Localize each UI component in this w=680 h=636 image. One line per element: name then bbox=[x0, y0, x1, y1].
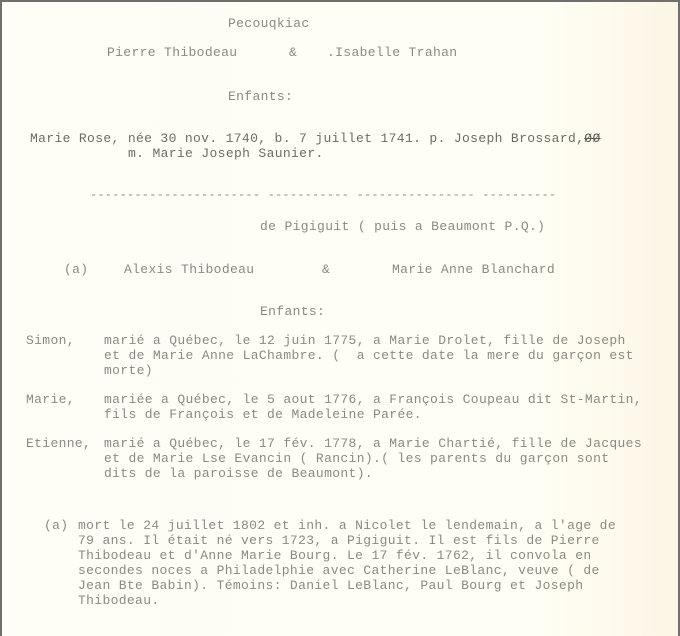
child-entry-line: marié a Québec, le 12 juin 1775, a Marie… bbox=[104, 333, 626, 348]
struck-text: ØØ bbox=[584, 131, 600, 146]
first-family-children-heading: Enfants: bbox=[228, 89, 293, 104]
child-name-simon: Simon, bbox=[26, 333, 75, 348]
child-entry-marie-rose-line2: m. Marie Joseph Saunier. bbox=[128, 146, 324, 161]
footnote-line: secondes noces a Philadelphie avec Cathe… bbox=[78, 563, 600, 578]
first-family-ampersand: & bbox=[289, 45, 297, 60]
child-entry-line: fils de François et de Madeleine Parée. bbox=[104, 407, 422, 422]
typewritten-page: Pecouqkiac Pierre Thibodeau & .Isabelle … bbox=[2, 2, 678, 636]
child-entry-line: et de Marie Lse Evancin ( Rancin).( les … bbox=[104, 451, 609, 466]
section-separator: ----------------------- ----------- ----… bbox=[90, 188, 556, 202]
child-name-marie: Marie, bbox=[26, 392, 75, 407]
child-name-etienne: Etienne, bbox=[26, 436, 91, 451]
footnote-line: Thibodeau et d'Anne Marie Bourg. Le 17 f… bbox=[78, 548, 592, 563]
first-family-wife: .Isabelle Trahan bbox=[327, 45, 457, 60]
second-family-place: de Pigiguit ( puis a Beaumont P.Q.) bbox=[260, 219, 545, 234]
second-family-wife: Marie Anne Blanchard bbox=[392, 262, 555, 277]
child-entry-line: marié a Québec, le 17 fév. 1778, a Marie… bbox=[104, 436, 642, 451]
footnote-marker: (a) bbox=[44, 518, 68, 533]
child-entry-line: et de Marie Anne LaChambre. ( a cette da… bbox=[104, 348, 634, 363]
child-entry-line: dits de la paroisse de Beaumont). bbox=[104, 466, 373, 481]
child-entry-line: morte) bbox=[104, 363, 153, 378]
child-entry-line: mariée a Québec, le 5 aout 1776, a Franç… bbox=[104, 392, 642, 407]
footnote-line: mort le 24 juillet 1802 et inh. a Nicole… bbox=[78, 518, 616, 533]
footnote-line: Jean Bte Babin). Témoins: Daniel LeBlanc… bbox=[78, 578, 583, 593]
first-family-husband: Pierre Thibodeau bbox=[107, 45, 237, 60]
second-family-ampersand: & bbox=[322, 262, 330, 277]
second-family-husband: Alexis Thibodeau bbox=[124, 262, 254, 277]
child-entry-marie-rose: Marie Rose, née 30 nov. 1740, b. 7 juill… bbox=[30, 131, 601, 146]
note-marker: (a) bbox=[64, 262, 88, 277]
child-entry-line: Marie Rose, née 30 nov. 1740, b. 7 juill… bbox=[30, 131, 584, 146]
first-family-place: Pecouqkiac bbox=[228, 16, 310, 31]
footnote-line: Thibodeau. bbox=[78, 593, 160, 608]
footnote-line: 79 ans. Il était né vers 1723, a Pigigui… bbox=[78, 533, 600, 548]
second-family-children-heading: Enfants: bbox=[260, 304, 325, 319]
